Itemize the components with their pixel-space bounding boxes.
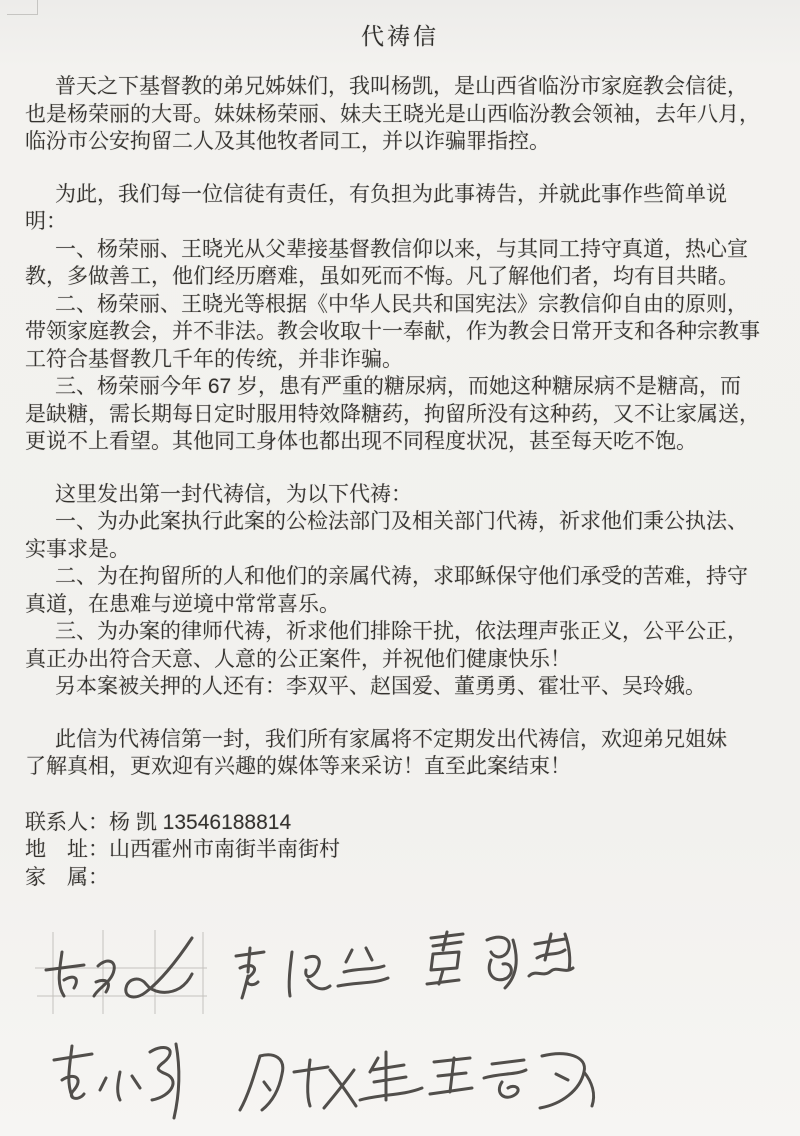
letter-line: 更说不上看望。其他同工身体也都出现不同程度状况，甚至每天吃不饱。 — [25, 428, 775, 456]
letter-content: 普天之下基督教的弟兄姊妹们，我叫杨凯，是山西省临汾市家庭教会信徒，也是杨荣丽的大… — [25, 73, 775, 891]
letter-line: 三、杨荣丽今年 67 岁，患有严重的糖尿病，而她这种糖尿病不是糖高，而 — [25, 373, 775, 401]
signature-yangkai — [40, 930, 210, 1015]
paragraph: 这里发出第一封代祷信，为以下代祷：一、为办此案执行此案的公检法部门及相关部门代祷… — [25, 481, 775, 701]
letter-line: 了解真相，更欢迎有兴趣的媒体等来采访！直至此案结束！ — [25, 753, 775, 781]
letter-line: 真正办出符合天意、人意的公正案件，并祝他们健康快乐！ — [25, 646, 775, 674]
pencil-grid — [35, 928, 210, 1018]
letter-line: 这里发出第一封代祷信，为以下代祷： — [25, 481, 775, 509]
letter-line: 普天之下基督教的弟兄姊妹们，我叫杨凯，是山西省临汾市家庭教会信徒， — [25, 73, 775, 101]
letter-line: 为此，我们每一位信徒有责任，有负担为此事祷告，并就此事作些简单说 — [25, 181, 775, 209]
paragraph: 普天之下基督教的弟兄姊妹们，我叫杨凯，是山西省临汾市家庭教会信徒，也是杨荣丽的大… — [25, 73, 775, 156]
contact-line: 地 址：山西霍州市南街半南街村 — [25, 836, 775, 864]
letter-line: 也是杨荣丽的大哥。妹妹杨荣丽、妹夫王晓光是山西临汾教会领袖，去年八月， — [25, 101, 775, 129]
letter-line: 真道，在患难与逆境中常常喜乐。 — [25, 591, 775, 619]
letter-line: 工符合基督教几千年的传统，并非诈骗。 — [25, 346, 775, 374]
letter-body: 普天之下基督教的弟兄姊妹们，我叫杨凯，是山西省临汾市家庭教会信徒，也是杨荣丽的大… — [25, 73, 775, 781]
letter-line: 此信为代祷信第一封，我们所有家属将不定期发出代祷信，欢迎弟兄姐妹 — [25, 726, 775, 754]
signature-wangyunfei — [420, 1046, 605, 1121]
letter-line: 明： — [25, 208, 775, 236]
letter-line: 一、为办此案执行此案的公检法部门及相关部门代祷，祈求他们秉公执法、 — [25, 508, 775, 536]
signature-lijunlan — [228, 942, 398, 1004]
letter-line: 带领家庭教会，并不非法。教会收取十一奉献，作为教会日常开支和各种宗教事 — [25, 318, 775, 346]
signature-dongyongjie — [415, 926, 590, 1008]
letter-line: 一、杨荣丽、王晓光从父辈接基督教信仰以来，与其同工持守真道，热心宣 — [25, 236, 775, 264]
letter-line: 实事求是。 — [25, 536, 775, 564]
letter-line: 二、为在拘留所的人和他们的亲属代祷，求耶稣保守他们承受的苦难，持守 — [25, 563, 775, 591]
letter-line: 教，多做善工，他们经历磨难，虽如死而不悔。凡了解他们者，均有目共睹。 — [25, 263, 775, 291]
corner-mark-horizontal — [7, 14, 38, 15]
contact-line: 联系人：杨 凯 13546188814 — [25, 809, 775, 837]
letter-line: 三、为办案的律师代祷，祈求他们排除干扰，依法理声张正义，公平公正， — [25, 618, 775, 646]
corner-mark-vertical — [37, 0, 38, 15]
page-title: 代祷信 — [0, 18, 800, 51]
document-page: 代祷信 普天之下基督教的弟兄姊妹们，我叫杨凯，是山西省临汾市家庭教会信徒，也是杨… — [0, 0, 800, 1136]
letter-line: 另本案被关押的人还有：李双平、赵国爱、董勇勇、霍壮平、吴玲娥。 — [25, 673, 775, 701]
letter-line: 临汾市公安拘留二人及其他牧者同工，并以诈骗罪指控。 — [25, 128, 775, 156]
paragraph: 此信为代祷信第一封，我们所有家属将不定期发出代祷信，欢迎弟兄姐妹了解真相，更欢迎… — [25, 726, 775, 781]
paragraph: 为此，我们每一位信徒有责任，有负担为此事祷告，并就此事作些简单说明：一、杨荣丽、… — [25, 181, 775, 456]
contact-line: 家 属： — [25, 864, 775, 892]
signature-zhaoxiaonian — [46, 1036, 211, 1121]
contact-block: 联系人：杨 凯 13546188814地 址：山西霍州市南街半南街村家 属： — [25, 809, 775, 892]
signature-fanqiusheng — [232, 1044, 427, 1124]
letter-line: 二、杨荣丽、王晓光等根据《中华人民共和国宪法》宗教信仰自由的原则， — [25, 291, 775, 319]
letter-line: 是缺糖，需长期每日定时服用特效降糖药，拘留所没有这种药，又不让家属送， — [25, 401, 775, 429]
